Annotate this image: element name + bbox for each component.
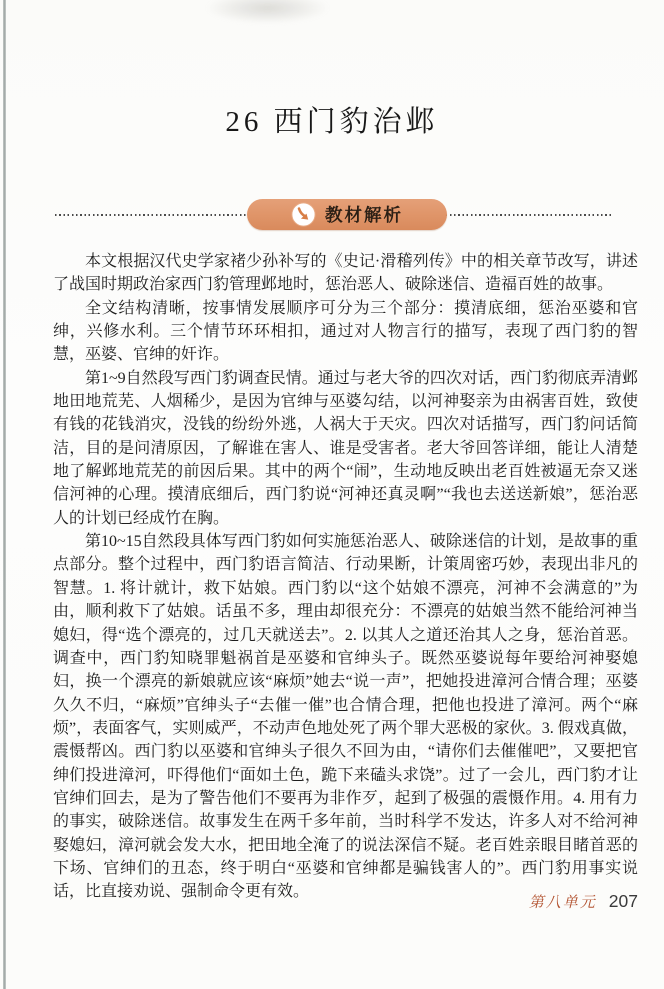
analysis-body: 本文根据汉代史学家褚少孙补写的《史记·滑稽列传》中的相关章节改写，讲述了战国时期… — [53, 250, 638, 904]
analysis-paragraph-intro: 本文根据汉代史学家褚少孙补写的《史记·滑稽列传》中的相关章节改写，讲述了战国时期… — [53, 250, 638, 297]
page-footer: 第八单元 207 — [529, 891, 638, 912]
section-header: 教材解析 — [0, 199, 664, 231]
unit-label: 第八单元 — [529, 891, 597, 912]
analysis-paragraph-section2: 第10~15自然段具体写西门豹如何实施惩治恶人、破除迷信的计划，是故事的重点部分… — [53, 530, 638, 904]
lesson-title: 26 西门豹治邺 — [0, 99, 664, 140]
analysis-paragraph-structure: 全文结构清晰，按事情发展顺序可分为三个部分：摸清底细，惩治巫婆和官绅，兴修水利。… — [53, 297, 638, 367]
textbook-page: 26 西门豹治邺 教材解析 本文根据汉代史学家褚少孙补写的《史记·滑稽列传》中的… — [0, 0, 664, 989]
page-edge-shadow — [3, 0, 6, 989]
scan-smudge — [205, 0, 330, 24]
section-badge: 教材解析 — [247, 199, 447, 230]
page-number: 207 — [609, 891, 638, 912]
analysis-paragraph-section1: 第1~9自然段写西门豹调查民情。通过与老大爷的四次对话，西门豹彻底弄清邺地田地荒… — [53, 367, 638, 530]
section-badge-label: 教材解析 — [325, 202, 403, 227]
curved-down-arrow-icon — [291, 202, 316, 227]
